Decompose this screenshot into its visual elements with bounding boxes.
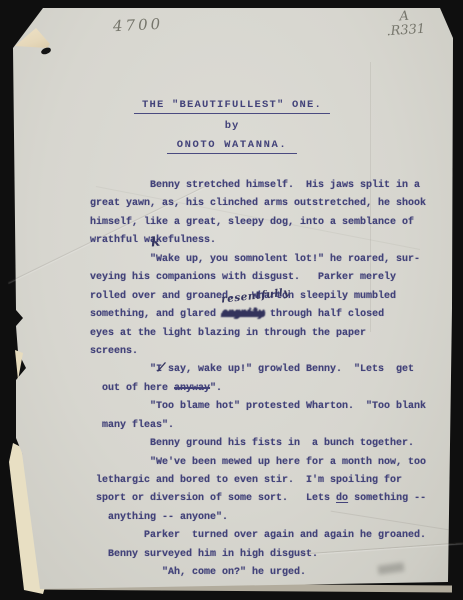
typed-line: sport or diversion of some sort. Lets do…	[90, 490, 440, 508]
typed-line: Benny surveyed him in high disgust.	[90, 546, 440, 564]
typed-line: Parker turned over again and again he gr…	[90, 527, 440, 545]
typed-line: out of here anyway".	[90, 380, 440, 398]
typed-line: "Ah, come on?" he urged.	[90, 564, 440, 582]
typed-text-block: Benny stretched himself. His jaws split …	[90, 177, 440, 583]
typed-line: "I say, wake up!" growled Benny. "Lets g…	[90, 361, 440, 379]
story-title: THE "BEAUTIFULLEST" ONE.	[134, 99, 330, 114]
handwritten-inserted-letter: k	[150, 235, 161, 251]
typed-line: something, and glared angrily through ha…	[90, 306, 440, 324]
typed-line: many fleas".	[90, 417, 440, 435]
typed-line: anything -- anyone".	[90, 509, 440, 527]
typed-line: eyes at the light blazing in through the…	[90, 325, 440, 343]
author-name: ONOTO WATANNA.	[167, 139, 298, 154]
typed-line: Benny stretched himself. His jaws split …	[90, 177, 440, 195]
title-block: THE "BEAUTIFULLEST" ONE. by ONOTO WATANN…	[134, 99, 330, 154]
catalog-shelfmark: .R331	[386, 23, 426, 40]
typed-line: great yawn, as, his clinched arms outstr…	[90, 195, 440, 213]
typed-line: "Too blame hot" protested Wharton. "Too …	[90, 398, 440, 416]
typed-line: "Wake up, you somnolent lot!" he roared,…	[90, 251, 440, 269]
photographed-manuscript: 4700 A .R331 THE "BEAUTIFULLEST" ONE. by…	[0, 0, 463, 600]
typed-line: Benny ground his fists in a bunch togeth…	[90, 435, 440, 453]
typed-line: veying his companions with disgust. Park…	[90, 269, 440, 287]
catalog-number-left: 4700	[113, 15, 164, 36]
page-content: 4700 A .R331 THE "BEAUTIFULLEST" ONE. by…	[0, 0, 463, 600]
typed-line: "We've been mewed up here for a month no…	[90, 454, 440, 472]
catalog-number-right: A .R331	[385, 9, 426, 40]
typed-line: lethargic and bored to even stir. I'm sp…	[90, 472, 440, 490]
typed-line: wrathful wakefulness.	[90, 232, 440, 250]
byline: by	[134, 120, 330, 132]
typed-line: screens.	[90, 343, 440, 361]
typed-line: himself, like a great, sleepy dog, into …	[90, 214, 440, 232]
